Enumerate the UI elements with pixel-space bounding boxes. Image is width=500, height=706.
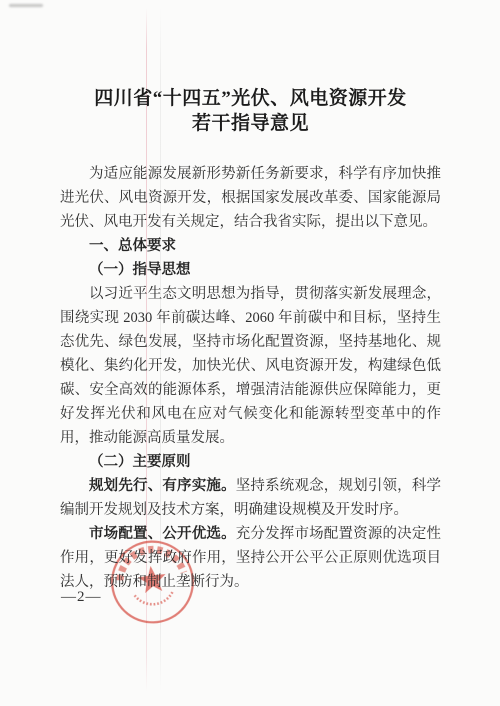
guiding-ideology-paragraph: 以习近平生态文明思想为指导，贯彻落实新发展理念，围绕实现 2030 年前碳达峰、… <box>60 282 441 450</box>
scanned-document-page: 四川省“十四五”光伏、风电资源开发 若干指导意见 为适应能源发展新形势新任务新要… <box>0 0 500 706</box>
principle-1-lead: 规划先行、有序实施。 <box>89 478 236 494</box>
principle-2-lead: 市场配置、公开优选。 <box>89 526 236 542</box>
section-heading-1: 一、总体要求 <box>60 234 441 258</box>
document-title: 四川省“十四五”光伏、风电资源开发 若干指导意见 <box>60 86 441 136</box>
principle-2-paragraph: 市场配置、公开优选。充分发挥市场配置资源的决定性作用，更好发挥政府作用，坚持公开… <box>60 522 441 594</box>
document-title-line1: 四川省“十四五”光伏、风电资源开发 <box>60 86 441 111</box>
document-body: 四川省“十四五”光伏、风电资源开发 若干指导意见 为适应能源发展新形势新任务新要… <box>60 0 441 594</box>
page-number: —2— <box>61 589 102 606</box>
subsection-heading-1: （一）指导思想 <box>60 258 441 282</box>
document-title-line2: 若干指导意见 <box>60 111 441 136</box>
intro-paragraph: 为适应能源发展新形势新任务新要求，科学有序加快推进光伏、风电资源开发，根据国家发… <box>60 162 441 234</box>
subsection-heading-2: （二）主要原则 <box>60 450 441 474</box>
scan-smudge <box>9 4 43 7</box>
principle-1-paragraph: 规划先行、有序实施。坚持系统观念，规划引领，科学编制开发规划及技术方案，明确建设… <box>60 474 441 522</box>
